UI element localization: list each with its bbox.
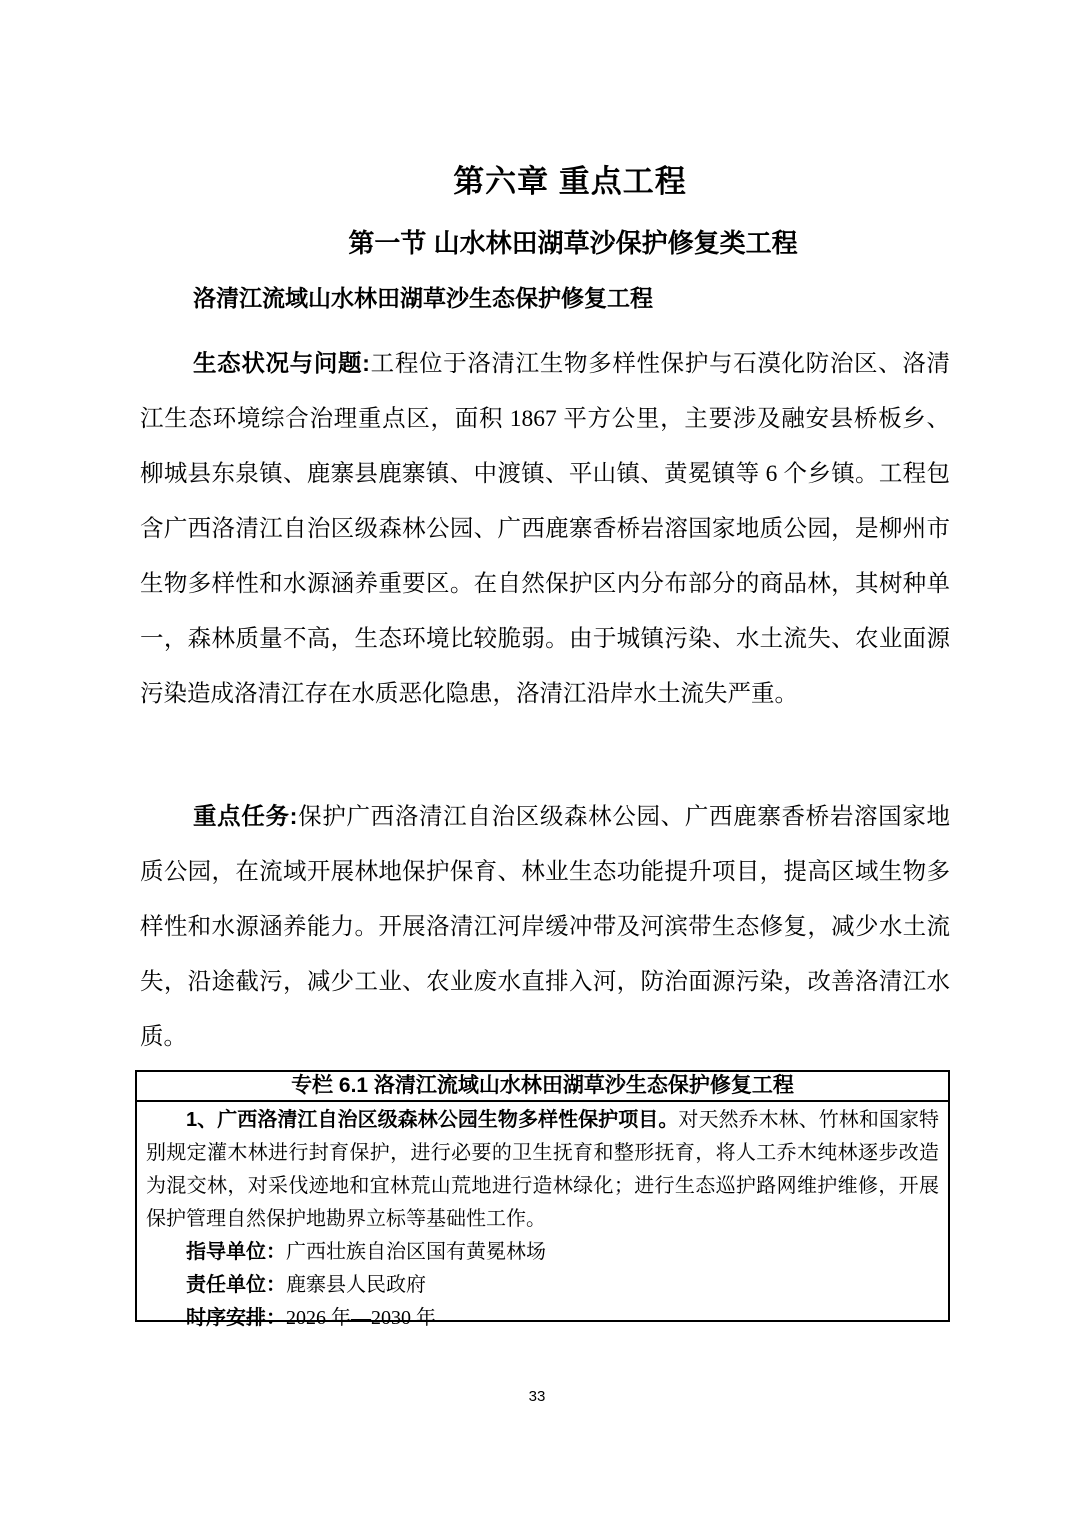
panel-field-guiding-unit-label: 指导单位： (186, 1241, 286, 1263)
page-number: 33 (0, 1388, 1074, 1405)
paragraph-eco-status-label: 生态状况与问题: (193, 350, 370, 376)
panel-field-schedule: 时序安排：2026 年—2030 年 (146, 1302, 939, 1335)
panel-field-guiding-unit-value: 广西壮族自治区国有黄冕林场 (286, 1241, 546, 1263)
panel-field-guiding-unit: 指导单位：广西壮族自治区国有黄冕林场 (146, 1236, 939, 1269)
panel-field-schedule-label: 时序安排： (186, 1307, 286, 1329)
paragraph-key-tasks: 重点任务:保护广西洛清江自治区级森林公园、广西鹿寨香桥岩溶国家地质公园，在流域开… (140, 789, 950, 1065)
panel-field-responsible-unit-label: 责任单位： (186, 1274, 286, 1296)
document-page: 第六章 重点工程 第一节 山水林田湖草沙保护修复类工程 洛清江流域山水林田湖草沙… (0, 0, 1074, 1520)
panel-body: 1、广西洛清江自治区级森林公园生物多样性保护项目。对天然乔木林、竹林和国家特别规… (137, 1102, 948, 1335)
section-title: 第一节 山水林田湖草沙保护修复类工程 (0, 227, 1074, 259)
paragraph-key-tasks-label: 重点任务: (193, 803, 298, 829)
paragraph-eco-status-text: 工程位于洛清江生物多样性保护与石漠化防治区、洛清江生态环境综合治理重点区，面积 … (140, 351, 950, 707)
panel-field-responsible-unit: 责任单位：鹿寨县人民政府 (146, 1269, 939, 1302)
panel-field-responsible-unit-value: 鹿寨县人民政府 (286, 1274, 426, 1296)
highlight-panel: 专栏 6.1 洛清江流域山水林田湖草沙生态保护修复工程 1、广西洛清江自治区级森… (135, 1070, 950, 1322)
panel-field-schedule-value: 2026 年—2030 年 (286, 1307, 436, 1329)
paragraph-key-tasks-text: 保护广西洛清江自治区级森林公园、广西鹿寨香桥岩溶国家地质公园，在流域开展林地保护… (140, 804, 950, 1050)
chapter-title: 第六章 重点工程 (0, 163, 1074, 201)
paragraph-eco-status: 生态状况与问题:工程位于洛清江生物多样性保护与石漠化防治区、洛清江生态环境综合治… (140, 336, 950, 722)
panel-title: 专栏 6.1 洛清江流域山水林田湖草沙生态保护修复工程 (137, 1072, 948, 1102)
panel-item: 1、广西洛清江自治区级森林公园生物多样性保护项目。对天然乔木林、竹林和国家特别规… (146, 1104, 939, 1236)
panel-item-label: 1、广西洛清江自治区级森林公园生物多样性保护项目。 (186, 1109, 678, 1131)
project-title: 洛清江流域山水林田湖草沙生态保护修复工程 (140, 284, 950, 312)
